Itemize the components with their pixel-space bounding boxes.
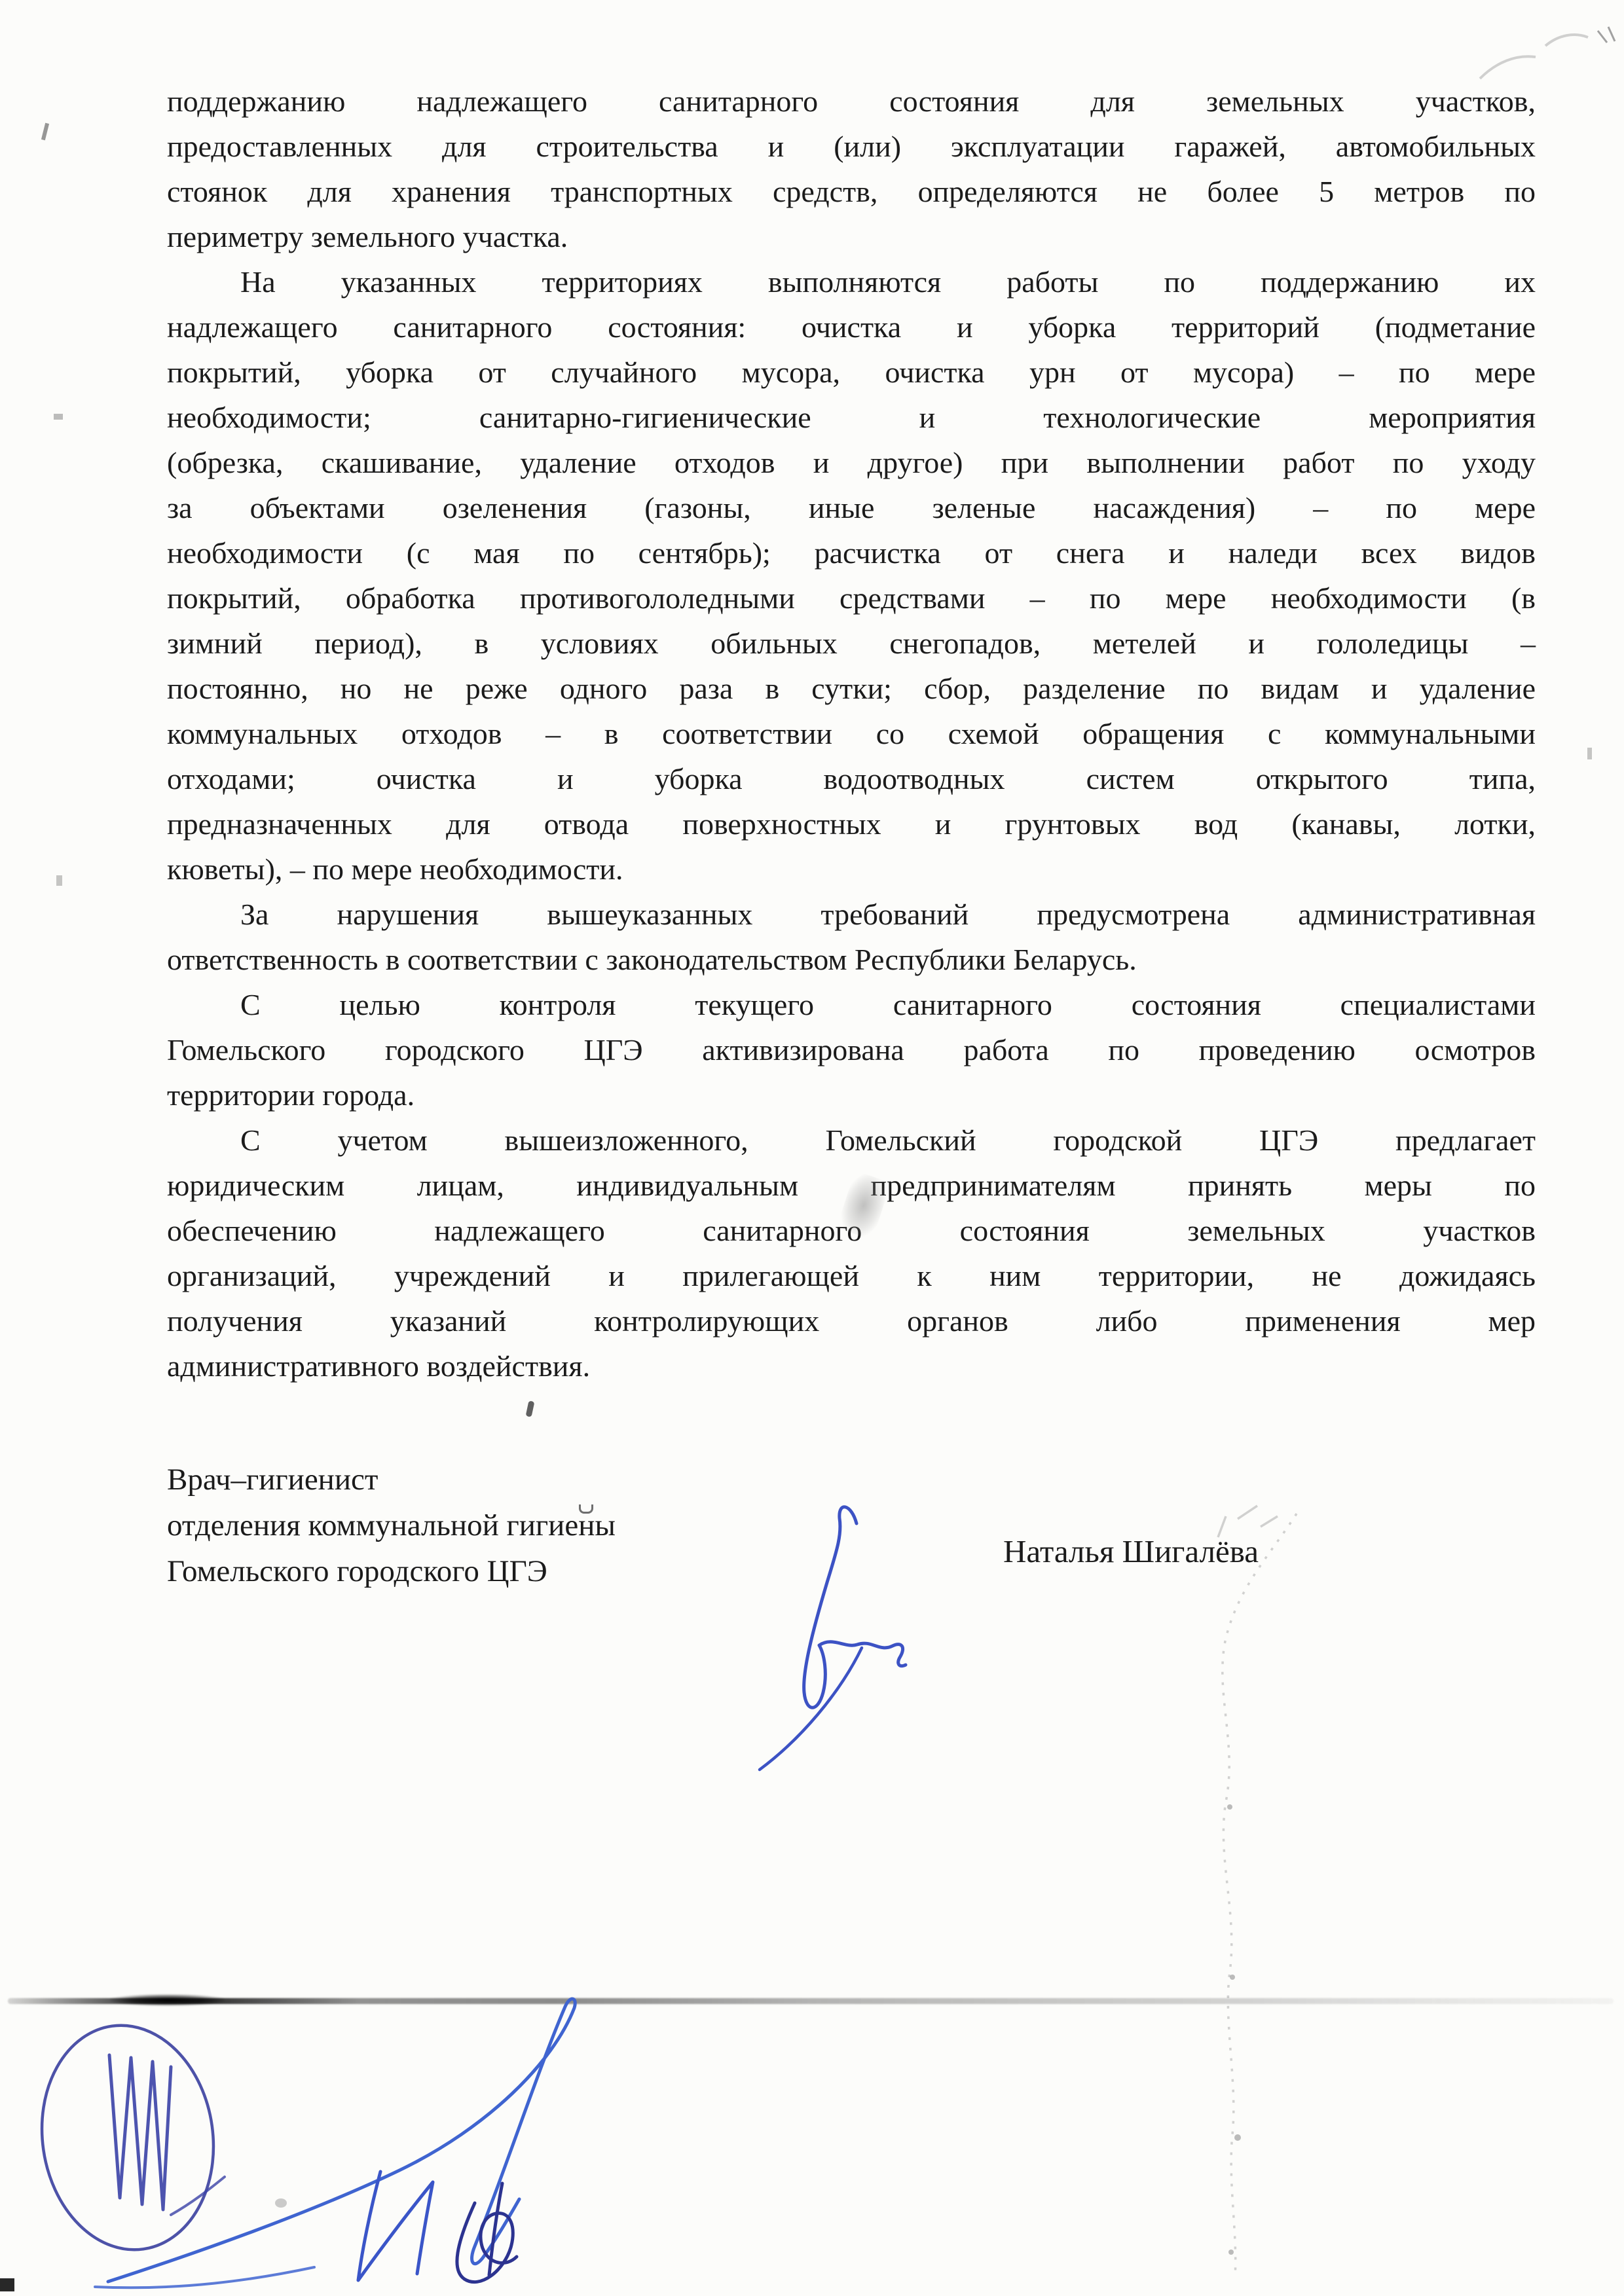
paragraph: За нарушения вышеуказанных требований пр…	[167, 892, 1536, 982]
document-line: ответственность в соответствии с законод…	[167, 937, 1536, 982]
document-line: (обрезка, скашивание, удаление отходов и…	[167, 440, 1536, 485]
scan-artifact-trail	[1022, 1473, 1388, 2295]
scan-speck	[579, 1504, 593, 1514]
document-line: С учетом вышеизложенного, Гомельский гор…	[167, 1118, 1536, 1163]
document-line: Гомельского городского ЦГЭ активизирован…	[167, 1027, 1536, 1072]
signature-ink-small	[740, 1496, 956, 1777]
document-line: организаций, учреждений и прилегающей к …	[167, 1253, 1536, 1298]
document-line: поддержанию надлежащего санитарного сост…	[167, 79, 1536, 124]
document-line: коммунальных отходов – в соответствии со…	[167, 711, 1536, 756]
document-line: предназначенных для отвода поверхностных…	[167, 801, 1536, 847]
document-line: получения указаний контролирующих органо…	[167, 1298, 1536, 1343]
document-line: постоянно, но не реже одного раза в сутк…	[167, 666, 1536, 711]
scan-speck	[1587, 748, 1592, 759]
scan-speck	[275, 2198, 287, 2208]
document-line: предоставленных для строительства и (или…	[167, 124, 1536, 169]
paragraph: поддержанию надлежащего санитарного сост…	[167, 79, 1536, 259]
document-line: стоянок для хранения транспортных средст…	[167, 169, 1536, 214]
paragraph: С целью контроля текущего санитарного со…	[167, 982, 1536, 1118]
document-line: надлежащего санитарного состояния: очист…	[167, 304, 1536, 350]
document-line: кюветы), – по мере необходимости.	[167, 847, 1536, 892]
scan-speck	[526, 1400, 535, 1417]
signature-role-line: Гомельского городского ЦГЭ	[167, 1548, 616, 1594]
document-line: С целью контроля текущего санитарного со…	[167, 982, 1536, 1027]
document-line: территории города.	[167, 1072, 1536, 1118]
scan-speck	[56, 875, 62, 886]
scan-speck	[0, 2278, 14, 2291]
scanned-document-page: поддержанию надлежащего санитарного сост…	[0, 0, 1624, 2296]
document-line: зимний период), в условиях обильных снег…	[167, 621, 1536, 666]
scan-speck	[41, 123, 49, 141]
signature-role-line: Врач–гигиенист	[167, 1457, 616, 1503]
document-line: покрытий, обработка противогололедными с…	[167, 575, 1536, 621]
signature-role-line: отделения коммунальной гигиены	[167, 1503, 616, 1548]
document-line: периметру земельного участка.	[167, 214, 1536, 259]
document-line: За нарушения вышеуказанных требований пр…	[167, 892, 1536, 937]
paragraph: На указанных территориях выполняются раб…	[167, 259, 1536, 892]
document-line: На указанных территориях выполняются раб…	[167, 259, 1536, 304]
document-line: отходами; очистка и уборка водоотводных …	[167, 756, 1536, 801]
document-line: необходимости; санитарно-гигиенические и…	[167, 395, 1536, 440]
signature-ink-large	[16, 1987, 606, 2296]
document-line: покрытий, уборка от случайного мусора, о…	[167, 350, 1536, 395]
document-line: необходимости (с мая по сентябрь); расчи…	[167, 530, 1536, 575]
signature-role-block: Врач–гигиенистотделения коммунальной гиг…	[167, 1457, 616, 1594]
document-line: административного воздействия.	[167, 1343, 1536, 1389]
paragraph: С учетом вышеизложенного, Гомельский гор…	[167, 1118, 1536, 1389]
scan-artifact-topright	[1467, 16, 1624, 101]
document-line: за объектами озеленения (газоны, иные зе…	[167, 485, 1536, 530]
scan-speck	[54, 414, 63, 420]
